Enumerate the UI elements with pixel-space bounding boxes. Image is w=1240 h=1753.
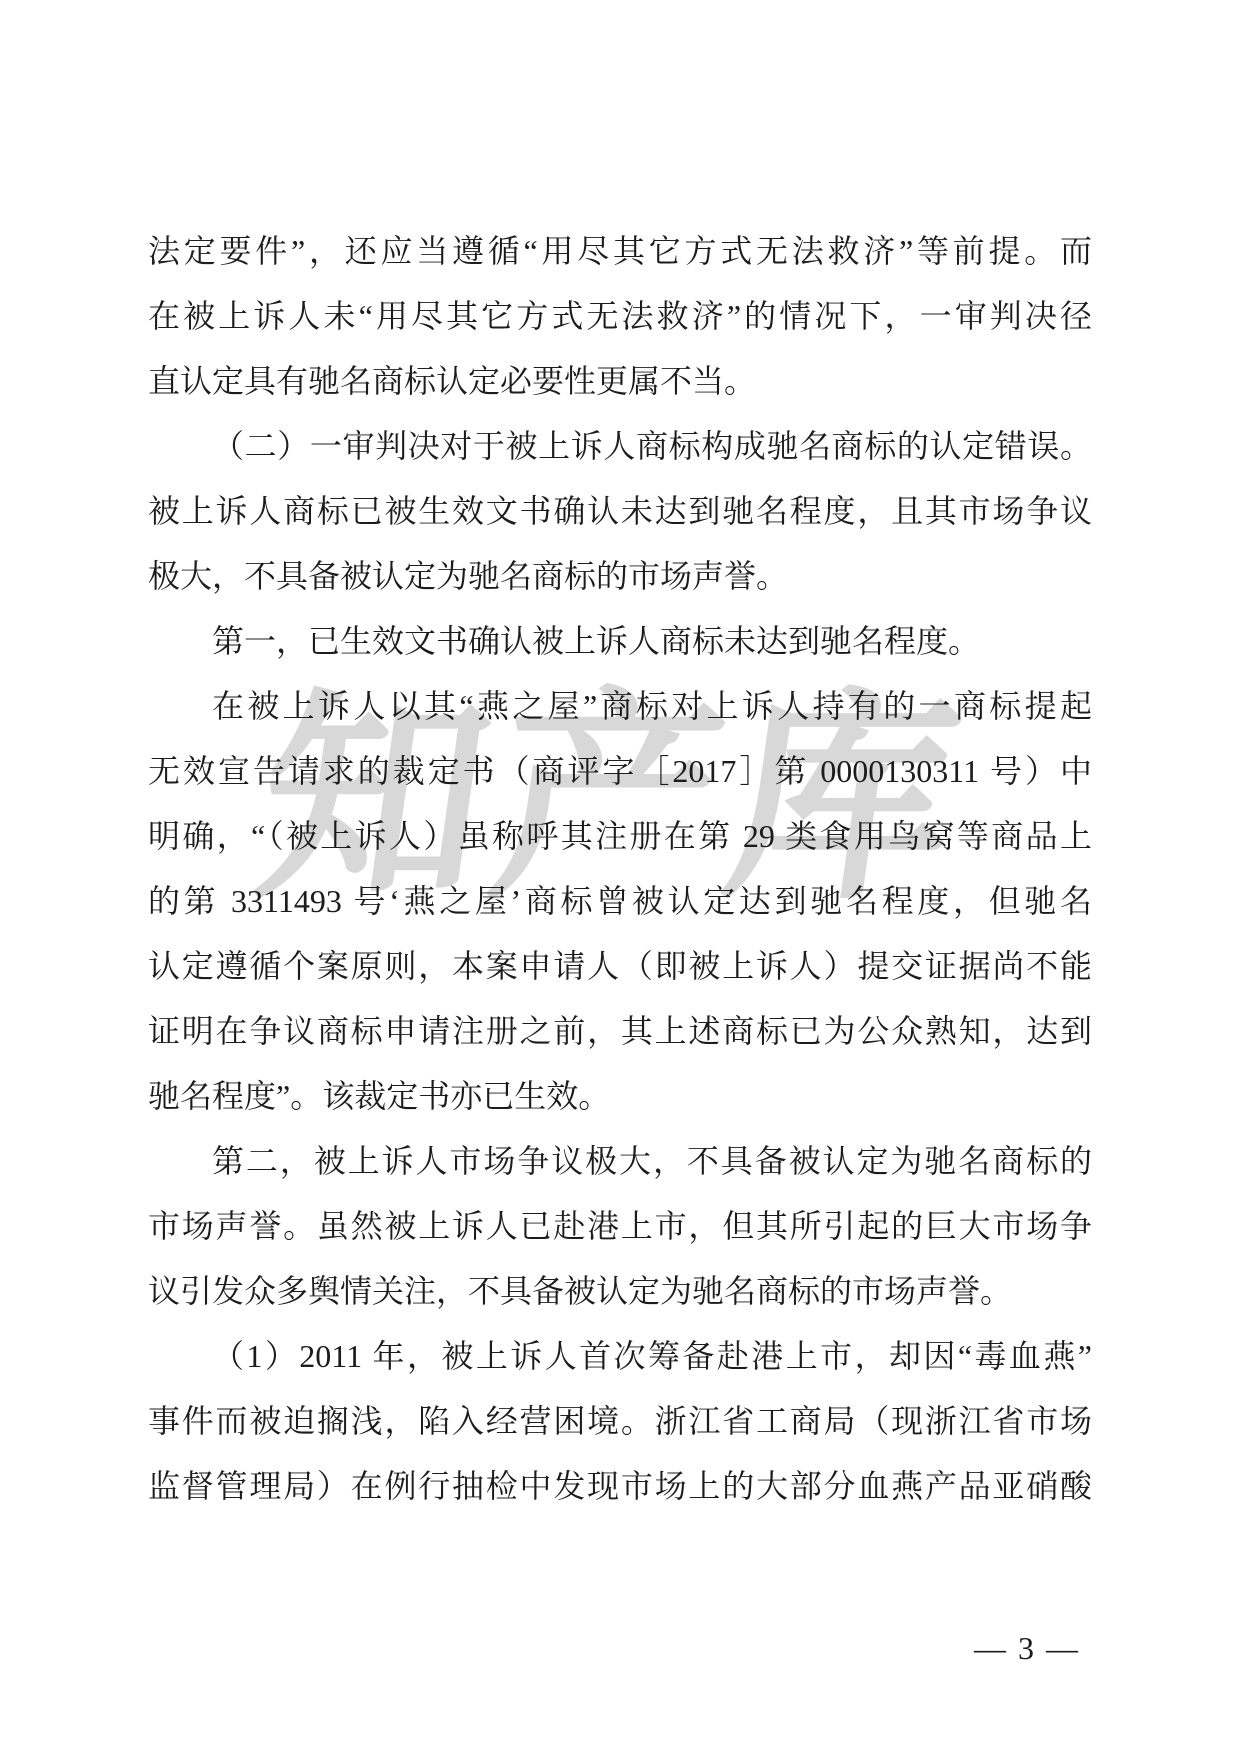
text-line: 第一，已生效文书确认被上诉人商标未达到驰名程度。 — [148, 609, 1092, 674]
text-line: 事件而被迫搁浅，陷入经营困境。浙江省工商局（现浙江省市场 — [148, 1389, 1092, 1454]
text-line: （1）2011 年，被上诉人首次筹备赴港上市，却因“毒血燕” — [148, 1324, 1092, 1389]
text-line: 市场声誉。虽然被上诉人已赴港上市，但其所引起的巨大市场争 — [148, 1194, 1092, 1259]
text-line: 监督管理局）在例行抽检中发现市场上的大部分血燕产品亚硝酸 — [148, 1454, 1092, 1519]
text-line: 议引发众多舆情关注，不具备被认定为驰名商标的市场声誉。 — [148, 1259, 1092, 1324]
text-line: 在被上诉人未“用尽其它方式无法救济”的情况下，一审判决径 — [148, 284, 1092, 349]
text-line: 第二，被上诉人市场争议极大，不具备被认定为驰名商标的 — [148, 1129, 1092, 1194]
text-line: （二）一审判决对于被上诉人商标构成驰名商标的认定错误。 — [148, 414, 1092, 479]
text-line: 无效宣告请求的裁定书（商评字［2017］第 0000130311 号）中 — [148, 739, 1092, 804]
text-line: 证明在争议商标申请注册之前，其上述商标已为公众熟知，达到 — [148, 999, 1092, 1064]
text-line: 极大，不具备被认定为驰名商标的市场声誉。 — [148, 544, 1092, 609]
document-body: 法定要件”，还应当遵循“用尽其它方式无法救济”等前提。而在被上诉人未“用尽其它方… — [148, 219, 1092, 1519]
text-line: 直认定具有驰名商标认定必要性更属不当。 — [148, 349, 1092, 414]
text-line: 驰名程度”。该裁定书亦已生效。 — [148, 1064, 1092, 1129]
text-line: 在被上诉人以其“燕之屋”商标对上诉人持有的一商标提起 — [148, 674, 1092, 739]
text-line: 被上诉人商标已被生效文书确认未达到驰名程度，且其市场争议 — [148, 479, 1092, 544]
text-line: 法定要件”，还应当遵循“用尽其它方式无法救济”等前提。而 — [148, 219, 1092, 284]
document-page: 知产库 法定要件”，还应当遵循“用尽其它方式无法救济”等前提。而在被上诉人未“用… — [0, 0, 1240, 1753]
text-line: 明确，“（被上诉人）虽称呼其注册在第 29 类食用鸟窝等商品上 — [148, 804, 1092, 869]
page-number: — 3 — — [974, 1630, 1080, 1666]
text-line: 认定遵循个案原则，本案申请人（即被上诉人）提交证据尚不能 — [148, 934, 1092, 999]
text-line: 的第 3311493 号‘燕之屋’商标曾被认定达到驰名程度，但驰名 — [148, 869, 1092, 934]
